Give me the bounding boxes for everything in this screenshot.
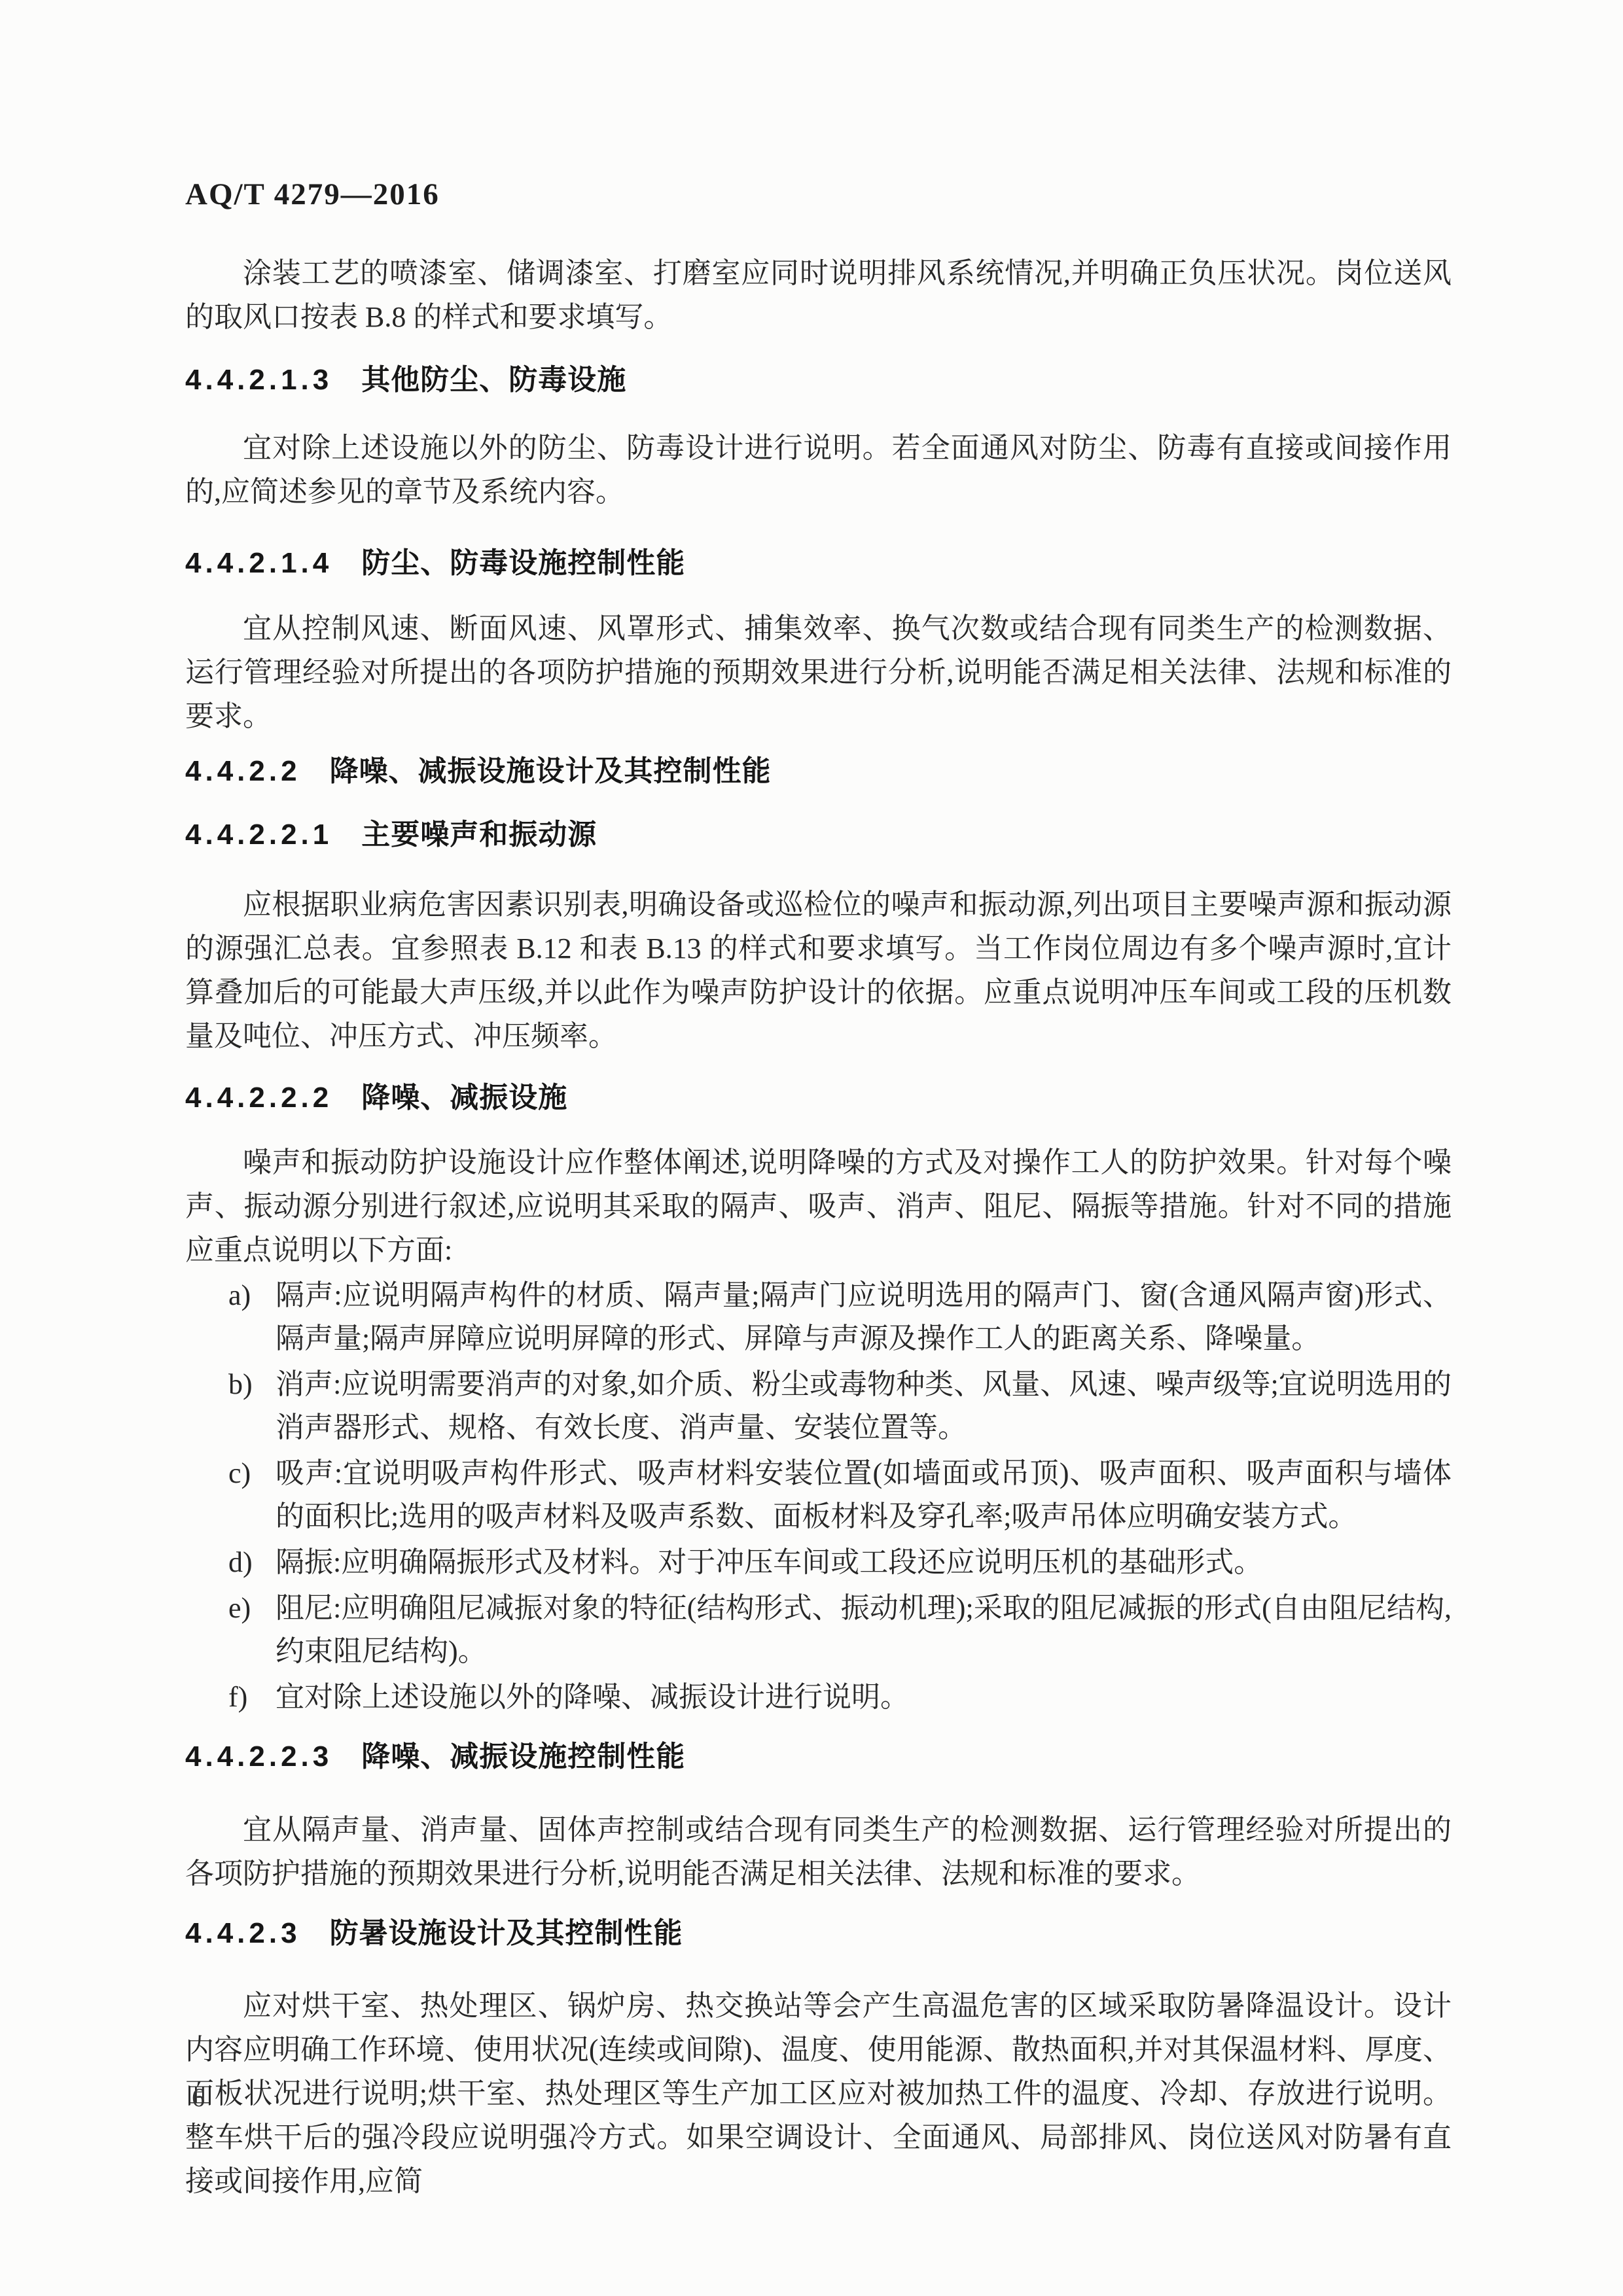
list-item-letter: e) <box>228 1587 276 1630</box>
document-page: AQ/T 4279—2016 涂装工艺的喷漆室、储调漆室、打磨室应同时说明排风系… <box>185 178 1452 2203</box>
measure-list: a) 隔声:应说明隔声构件的材质、隔声量;隔声门应说明选用的隔声门、窗(含通风隔… <box>185 1274 1452 1719</box>
heading-title: 防尘、防毒设施控制性能 <box>361 547 685 580</box>
list-item-text: 隔振:应明确隔振形式及材料。对于冲压车间或工段还应说明压机的基础形式。 <box>276 1541 1452 1584</box>
list-item-text: 阻尼:应明确阻尼减振对象的特征(结构形式、振动机理);采取的阻尼减振的形式(自由… <box>276 1587 1452 1673</box>
heading-number: 4.4.2.2 <box>185 755 301 788</box>
heading-title: 降噪、减振设施设计及其控制性能 <box>330 755 772 788</box>
list-item: d) 隔振:应明确隔振形式及材料。对于冲压车间或工段还应说明压机的基础形式。 <box>228 1541 1452 1584</box>
heading-number: 4.4.2.1.4 <box>185 547 332 580</box>
body-paragraph: 应根据职业病危害因素识别表,明确设备或巡检位的噪声和振动源,列出项目主要噪声源和… <box>185 883 1452 1058</box>
heading-title: 降噪、减振设施控制性能 <box>361 1740 685 1773</box>
list-item: b) 消声:应说明需要消声的对象,如介质、粉尘或毒物种类、风量、风速、噪声级等;… <box>228 1363 1452 1449</box>
heading-number: 4.4.2.2.1 <box>185 819 332 851</box>
list-item-letter: a) <box>228 1274 276 1317</box>
list-item: e) 阻尼:应明确阻尼减振对象的特征(结构形式、振动机理);采取的阻尼减振的形式… <box>228 1587 1452 1673</box>
section-heading: 4.4.2.1.4 防尘、防毒设施控制性能 <box>185 547 1452 580</box>
body-paragraph: 噪声和振动防护设施设计应作整体阐述,说明降噪的方式及对操作工人的防护效果。针对每… <box>185 1140 1452 1272</box>
list-item-text: 宜对除上述设施以外的降噪、减振设计进行说明。 <box>276 1676 1452 1719</box>
list-item-letter: b) <box>228 1363 276 1406</box>
standard-number-header: AQ/T 4279—2016 <box>185 178 1452 211</box>
heading-title: 防暑设施设计及其控制性能 <box>330 1917 683 1950</box>
list-item-letter: f) <box>228 1676 276 1719</box>
heading-number: 4.4.2.2.3 <box>185 1740 332 1773</box>
body-paragraph: 应对烘干室、热处理区、锅炉房、热交换站等会产生高温危害的区域采取防暑降温设计。设… <box>185 1984 1452 2203</box>
list-item-text: 隔声:应说明隔声构件的材质、隔声量;隔声门应说明选用的隔声门、窗(含通风隔声窗)… <box>276 1274 1452 1360</box>
section-heading: 4.4.2.2.3 降噪、减振设施控制性能 <box>185 1740 1452 1773</box>
section-heading: 4.4.2.2.1 主要噪声和振动源 <box>185 819 1452 851</box>
heading-title: 主要噪声和振动源 <box>361 819 597 851</box>
list-item: c) 吸声:宜说明吸声构件形式、吸声材料安装位置(如墙面或吊顶)、吸声面积、吸声… <box>228 1452 1452 1538</box>
section-heading: 4.4.2.3 防暑设施设计及其控制性能 <box>185 1917 1452 1950</box>
body-paragraph: 涂装工艺的喷漆室、储调漆室、打磨室应同时说明排风系统情况,并明确正负压状况。岗位… <box>185 251 1452 339</box>
page-number: 6 <box>192 2082 205 2113</box>
heading-title: 其他防尘、防毒设施 <box>361 364 626 397</box>
list-item: f) 宜对除上述设施以外的降噪、减振设计进行说明。 <box>228 1676 1452 1719</box>
list-item-letter: c) <box>228 1452 276 1495</box>
body-paragraph: 宜从控制风速、断面风速、风罩形式、捕集效率、换气次数或结合现有同类生产的检测数据… <box>185 607 1452 738</box>
section-heading: 4.4.2.1.3 其他防尘、防毒设施 <box>185 364 1452 397</box>
body-paragraph: 宜对除上述设施以外的防尘、防毒设计进行说明。若全面通风对防尘、防毒有直接或间接作… <box>185 426 1452 514</box>
list-item: a) 隔声:应说明隔声构件的材质、隔声量;隔声门应说明选用的隔声门、窗(含通风隔… <box>228 1274 1452 1360</box>
heading-number: 4.4.2.3 <box>185 1917 301 1950</box>
section-heading: 4.4.2.2 降噪、减振设施设计及其控制性能 <box>185 755 1452 788</box>
heading-number: 4.4.2.1.3 <box>185 364 332 397</box>
heading-title: 降噪、减振设施 <box>361 1082 567 1114</box>
body-paragraph: 宜从隔声量、消声量、固体声控制或结合现有同类生产的检测数据、运行管理经验对所提出… <box>185 1808 1452 1896</box>
section-heading: 4.4.2.2.2 降噪、减振设施 <box>185 1082 1452 1114</box>
list-item-text: 消声:应说明需要消声的对象,如介质、粉尘或毒物种类、风量、风速、噪声级等;宜说明… <box>276 1363 1452 1449</box>
heading-number: 4.4.2.2.2 <box>185 1082 332 1114</box>
list-item-letter: d) <box>228 1541 276 1584</box>
list-item-text: 吸声:宜说明吸声构件形式、吸声材料安装位置(如墙面或吊顶)、吸声面积、吸声面积与… <box>276 1452 1452 1538</box>
